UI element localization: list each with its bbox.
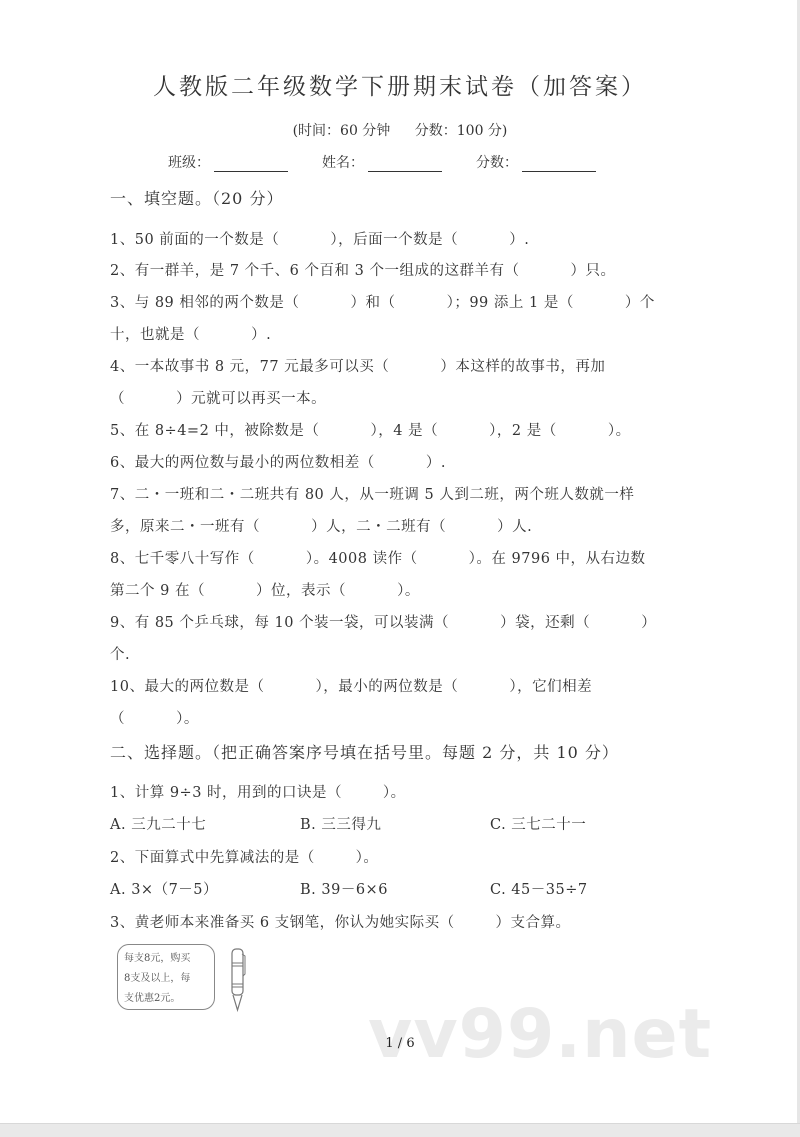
name-label: 姓名： [322,152,364,172]
choice-option-a: A. 3×（7－5） [110,878,218,899]
question-line: 2、有一群羊，是 7 个千、6 个百和 3 个一组成的这群羊有（ ）只。 [110,259,616,280]
name-field: 姓名： [322,152,442,172]
document-page: 人教版二年级数学下册期末试卷（加答案） (时间：60 分钟 分数：100 分) … [0,0,800,1123]
exam-time: (时间：60 分钟 [293,123,391,139]
promo-line: 支优惠2元。 [124,989,208,1009]
exam-total-score: 分数：100 分) [415,123,508,139]
exam-meta: (时间：60 分钟 分数：100 分) [0,120,800,140]
class-blank-line[interactable] [214,155,288,172]
choice-question-stem: 1、计算 9÷3 时，用到的口诀是（ ）。 [110,781,406,802]
name-blank-line[interactable] [368,155,442,172]
question-line: （ ）元就可以再买一本。 [110,387,326,408]
question-line: 6、最大的两位数与最小的两位数相差（ ）. [110,451,446,472]
question-line: 5、在 8÷4=2 中，被除数是（ ），4 是（ ），2 是（ ）。 [110,419,631,440]
question-line: 1、50 前面的一个数是（ ），后面一个数是（ ）. [110,228,529,249]
question-line: （ ）。 [110,707,199,728]
question-line: 9、有 85 个乒乓球，每 10 个装一袋，可以装满（ ）袋，还剩（ ） [110,611,656,632]
question-line: 4、一本故事书 8 元，77 元最多可以买（ ）本这样的故事书，再加 [110,355,605,376]
document-title: 人教版二年级数学下册期末试卷（加答案） [0,68,800,101]
score-label: 分数： [476,152,518,172]
question-line: 多，原来二・一班有（ ）人，二・二班有（ ）人. [110,515,532,536]
question-line: 个. [110,643,130,664]
promo-line: 每支8元，购买 [124,949,208,969]
student-info-row: 班级： 姓名： 分数： [168,152,630,172]
viewer-bottom-edge [0,1123,800,1137]
choice-option-c: C. 45－35÷7 [490,878,588,899]
promo-line: 8支及以上，每 [124,969,208,989]
watermark: vv99.net [368,995,712,1074]
section-heading-multiple-choice: 二、选择题。（把正确答案序号填在括号里。每题 2 分，共 10 分） [110,740,619,763]
class-field: 班级： [168,152,288,172]
choice-question-stem: 3、黄老师本来准备买 6 支钢笔，你认为她实际买（ ）支合算。 [110,911,571,932]
question-line: 第二个 9 在（ ）位，表示（ ）。 [110,579,420,600]
choice-question-stem: 2、下面算式中先算减法的是（ ）。 [110,846,378,867]
class-label: 班级： [168,152,210,172]
price-promo-box: 每支8元，购买 8支及以上，每 支优惠2元。 [117,944,215,1010]
pen-icon [228,946,248,1014]
section-heading-fill-blank: 一、填空题。（20 分） [110,186,283,209]
score-blank-line[interactable] [522,155,596,172]
score-field: 分数： [476,152,596,172]
question-line: 8、七千零八十写作（ ）。4008 读作（ ）。在 9796 中，从右边数 [110,547,646,568]
choice-option-b: B. 39－6×6 [300,878,388,899]
question-line: 7、二・一班和二・二班共有 80 人，从一班调 5 人到二班，两个班人数就一样 [110,483,634,504]
choice-option-c: C. 三七二十一 [490,813,586,834]
question-line: 10、最大的两位数是（ ），最小的两位数是（ ），它们相差 [110,675,592,696]
page-number: 1 / 6 [0,1036,800,1051]
choice-option-a: A. 三九二十七 [110,813,206,834]
choice-option-b: B. 三三得九 [300,813,381,834]
question-line: 3、与 89 相邻的两个数是（ ）和（ ）；99 添上 1 是（ ）个 [110,291,655,312]
question-line: 十，也就是（ ）. [110,323,271,344]
